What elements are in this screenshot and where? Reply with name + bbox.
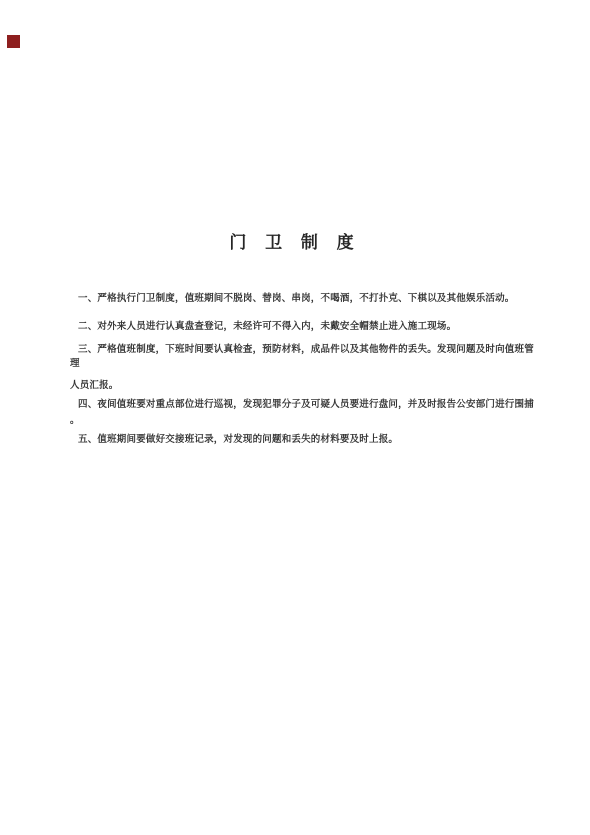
document-page: 门 卫 制 度 一、严格执行门卫制度，值班期间不脱岗、替岗、串岗，不喝酒，不打扑… bbox=[0, 0, 590, 835]
rule-item-3-continuation: 人员汇报。 bbox=[70, 377, 119, 391]
rule-item-5: 五、值班期间要做好交接班记录，对发现的问题和丢失的材料要及时上报。 bbox=[78, 431, 398, 445]
rule-item-3: 三、严格值班制度，下班时间要认真检查，预防材料，成品件以及其他物件的丢失。发现问… bbox=[78, 341, 534, 355]
document-title: 门 卫 制 度 bbox=[0, 228, 590, 253]
rule-item-1: 一、严格执行门卫制度，值班期间不脱岗、替岗、串岗，不喝酒，不打扑克、下棋以及其他… bbox=[78, 290, 515, 304]
rule-item-4: 四、夜间值班要对重点部位进行巡视，发现犯罪分子及可疑人员要进行盘问，并及时报告公… bbox=[78, 396, 534, 410]
red-square-marker bbox=[7, 35, 20, 48]
rule-item-2: 二、对外来人员进行认真盘查登记，未经许可不得入内，未戴安全帽禁止进入施工现场。 bbox=[78, 318, 456, 332]
rule-item-3-wrap-char: 理 bbox=[70, 355, 80, 369]
rule-item-4-wrap-period: 。 bbox=[70, 412, 80, 426]
